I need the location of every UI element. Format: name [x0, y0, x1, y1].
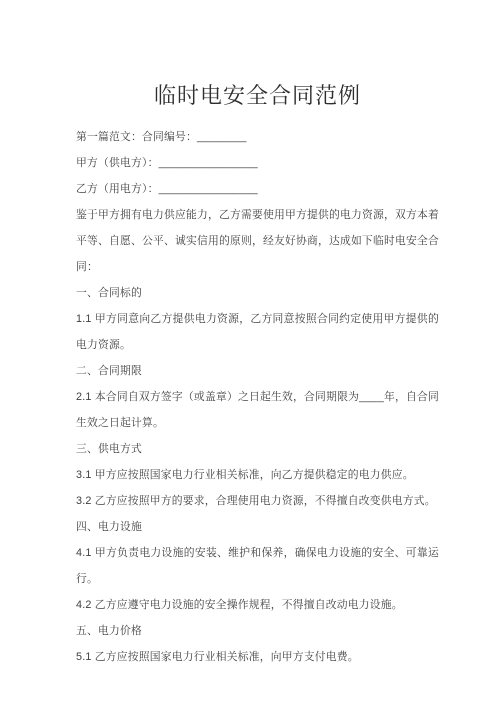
clause-2-1: 2.1 本合同自双方签字（或盖章）之日起生效，合同期限为____年，自合同生效之…	[76, 384, 439, 436]
clause-5-1: 5.1 乙方应按照国家电力行业相关标准，向甲方支付电费。	[76, 644, 439, 670]
clause-1-1: 1.1 甲方同意向乙方提供电力资源，乙方同意按照合同约定使用甲方提供的电力资源。	[76, 306, 439, 358]
section-heading-5: 五、电力价格	[76, 618, 439, 644]
section-heading-1: 一、合同标的	[76, 280, 439, 306]
document-page: 临时电安全合同范例 第一篇范文：合同编号：________ 甲方（供电方）：__…	[0, 0, 500, 707]
preamble: 鉴于甲方拥有电力供应能力，乙方需要使用甲方提供的电力资源，双方本着平等、自愿、公…	[76, 202, 439, 280]
clause-4-2: 4.2 乙方应遵守电力设施的安全操作规程，不得擅自改动电力设施。	[76, 592, 439, 618]
document-title: 临时电安全合同范例	[76, 84, 439, 108]
party-a-field: 甲方（供电方）：________________	[76, 150, 439, 176]
section-heading-2: 二、合同期限	[76, 358, 439, 384]
clause-4-1: 4.1 甲方负责电力设施的安装、维护和保养，确保电力设施的安全、可靠运行。	[76, 540, 439, 592]
party-b-field: 乙方（用电方）：________________	[76, 176, 439, 202]
opening-note-contract-number: 第一篇范文：合同编号：________	[76, 124, 439, 150]
section-heading-4: 四、电力设施	[76, 514, 439, 540]
section-heading-3: 三、供电方式	[76, 436, 439, 462]
clause-3-1: 3.1 甲方应按照国家电力行业相关标准，向乙方提供稳定的电力供应。	[76, 462, 439, 488]
clause-3-2: 3.2 乙方应按照甲方的要求，合理使用电力资源，不得擅自改变供电方式。	[76, 488, 439, 514]
